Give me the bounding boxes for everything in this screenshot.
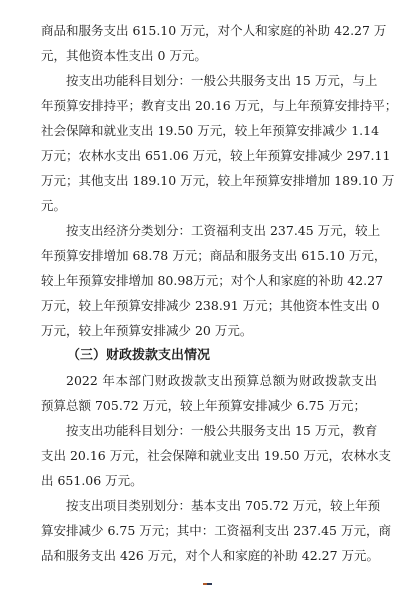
text-line: 2022 年本部门财政拨款支出预算总额为财政拨款支出 xyxy=(41,368,377,393)
text-line: 支出 20.16 万元，社会保障和就业支出 19.50 万元，农林水支 xyxy=(41,443,377,468)
document-body: 商品和服务支出 615.10 万元，对个人和家庭的补助 42.27 万 元，其他… xyxy=(41,18,377,568)
page-number-fragment-right xyxy=(207,583,212,585)
text-line: 万元；其他支出 189.10 万元，较上年预算安排增加 189.10 万 xyxy=(41,168,377,193)
text-line: 年预算安排持平；教育支出 20.16 万元，与上年预算安排持平； xyxy=(41,93,377,118)
text-line: 品和服务支出 426 万元，对个人和家庭的补助 42.27 万元。 xyxy=(41,543,377,568)
text-line: 万元，较上年预算安排减少 238.91 万元；其他资本性支出 0 xyxy=(41,293,377,318)
text-line: 算安排减少 6.75 万元；其中：工资福利支出 237.45 万元，商 xyxy=(41,518,377,543)
text-line: 按支出功能科目划分：一般公共服务支出 15 万元，教育 xyxy=(41,418,377,443)
page-number-fragment xyxy=(203,583,212,585)
text-line: 按支出经济分类划分：工资福利支出 237.45 万元，较上 xyxy=(41,218,377,243)
document-page: 商品和服务支出 615.10 万元，对个人和家庭的补助 42.27 万 元，其他… xyxy=(0,0,412,590)
text-line: 万元，较上年预算安排减少 20 万元。 xyxy=(41,318,377,343)
text-line: 商品和服务支出 615.10 万元，对个人和家庭的补助 42.27 万 xyxy=(41,18,377,43)
text-line: 较上年预算安排增加 80.98万元；对个人和家庭的补助 42.27 xyxy=(41,268,377,293)
text-line: 万元；农林水支出 651.06 万元，较上年预算安排减少 297.11 xyxy=(41,143,377,168)
text-line: 预算总额 705.72 万元，较上年预算安排减少 6.75 万元； xyxy=(41,393,377,418)
text-line: 元。 xyxy=(41,193,377,218)
text-line: 社会保障和就业支出 19.50 万元，较上年预算安排减少 1.14 xyxy=(41,118,377,143)
text-line: 出 651.06 万元。 xyxy=(41,468,377,493)
text-line: 元，其他资本性支出 0 万元。 xyxy=(41,43,377,68)
text-line: 按支出项目类别划分：基本支出 705.72 万元，较上年预 xyxy=(41,493,377,518)
text-line: 年预算安排增加 68.78 万元；商品和服务支出 615.10 万元， xyxy=(41,243,377,268)
section-heading: （三）财政拨款支出情况 xyxy=(41,343,377,368)
text-line: 按支出功能科目划分：一般公共服务支出 15 万元，与上 xyxy=(41,68,377,93)
